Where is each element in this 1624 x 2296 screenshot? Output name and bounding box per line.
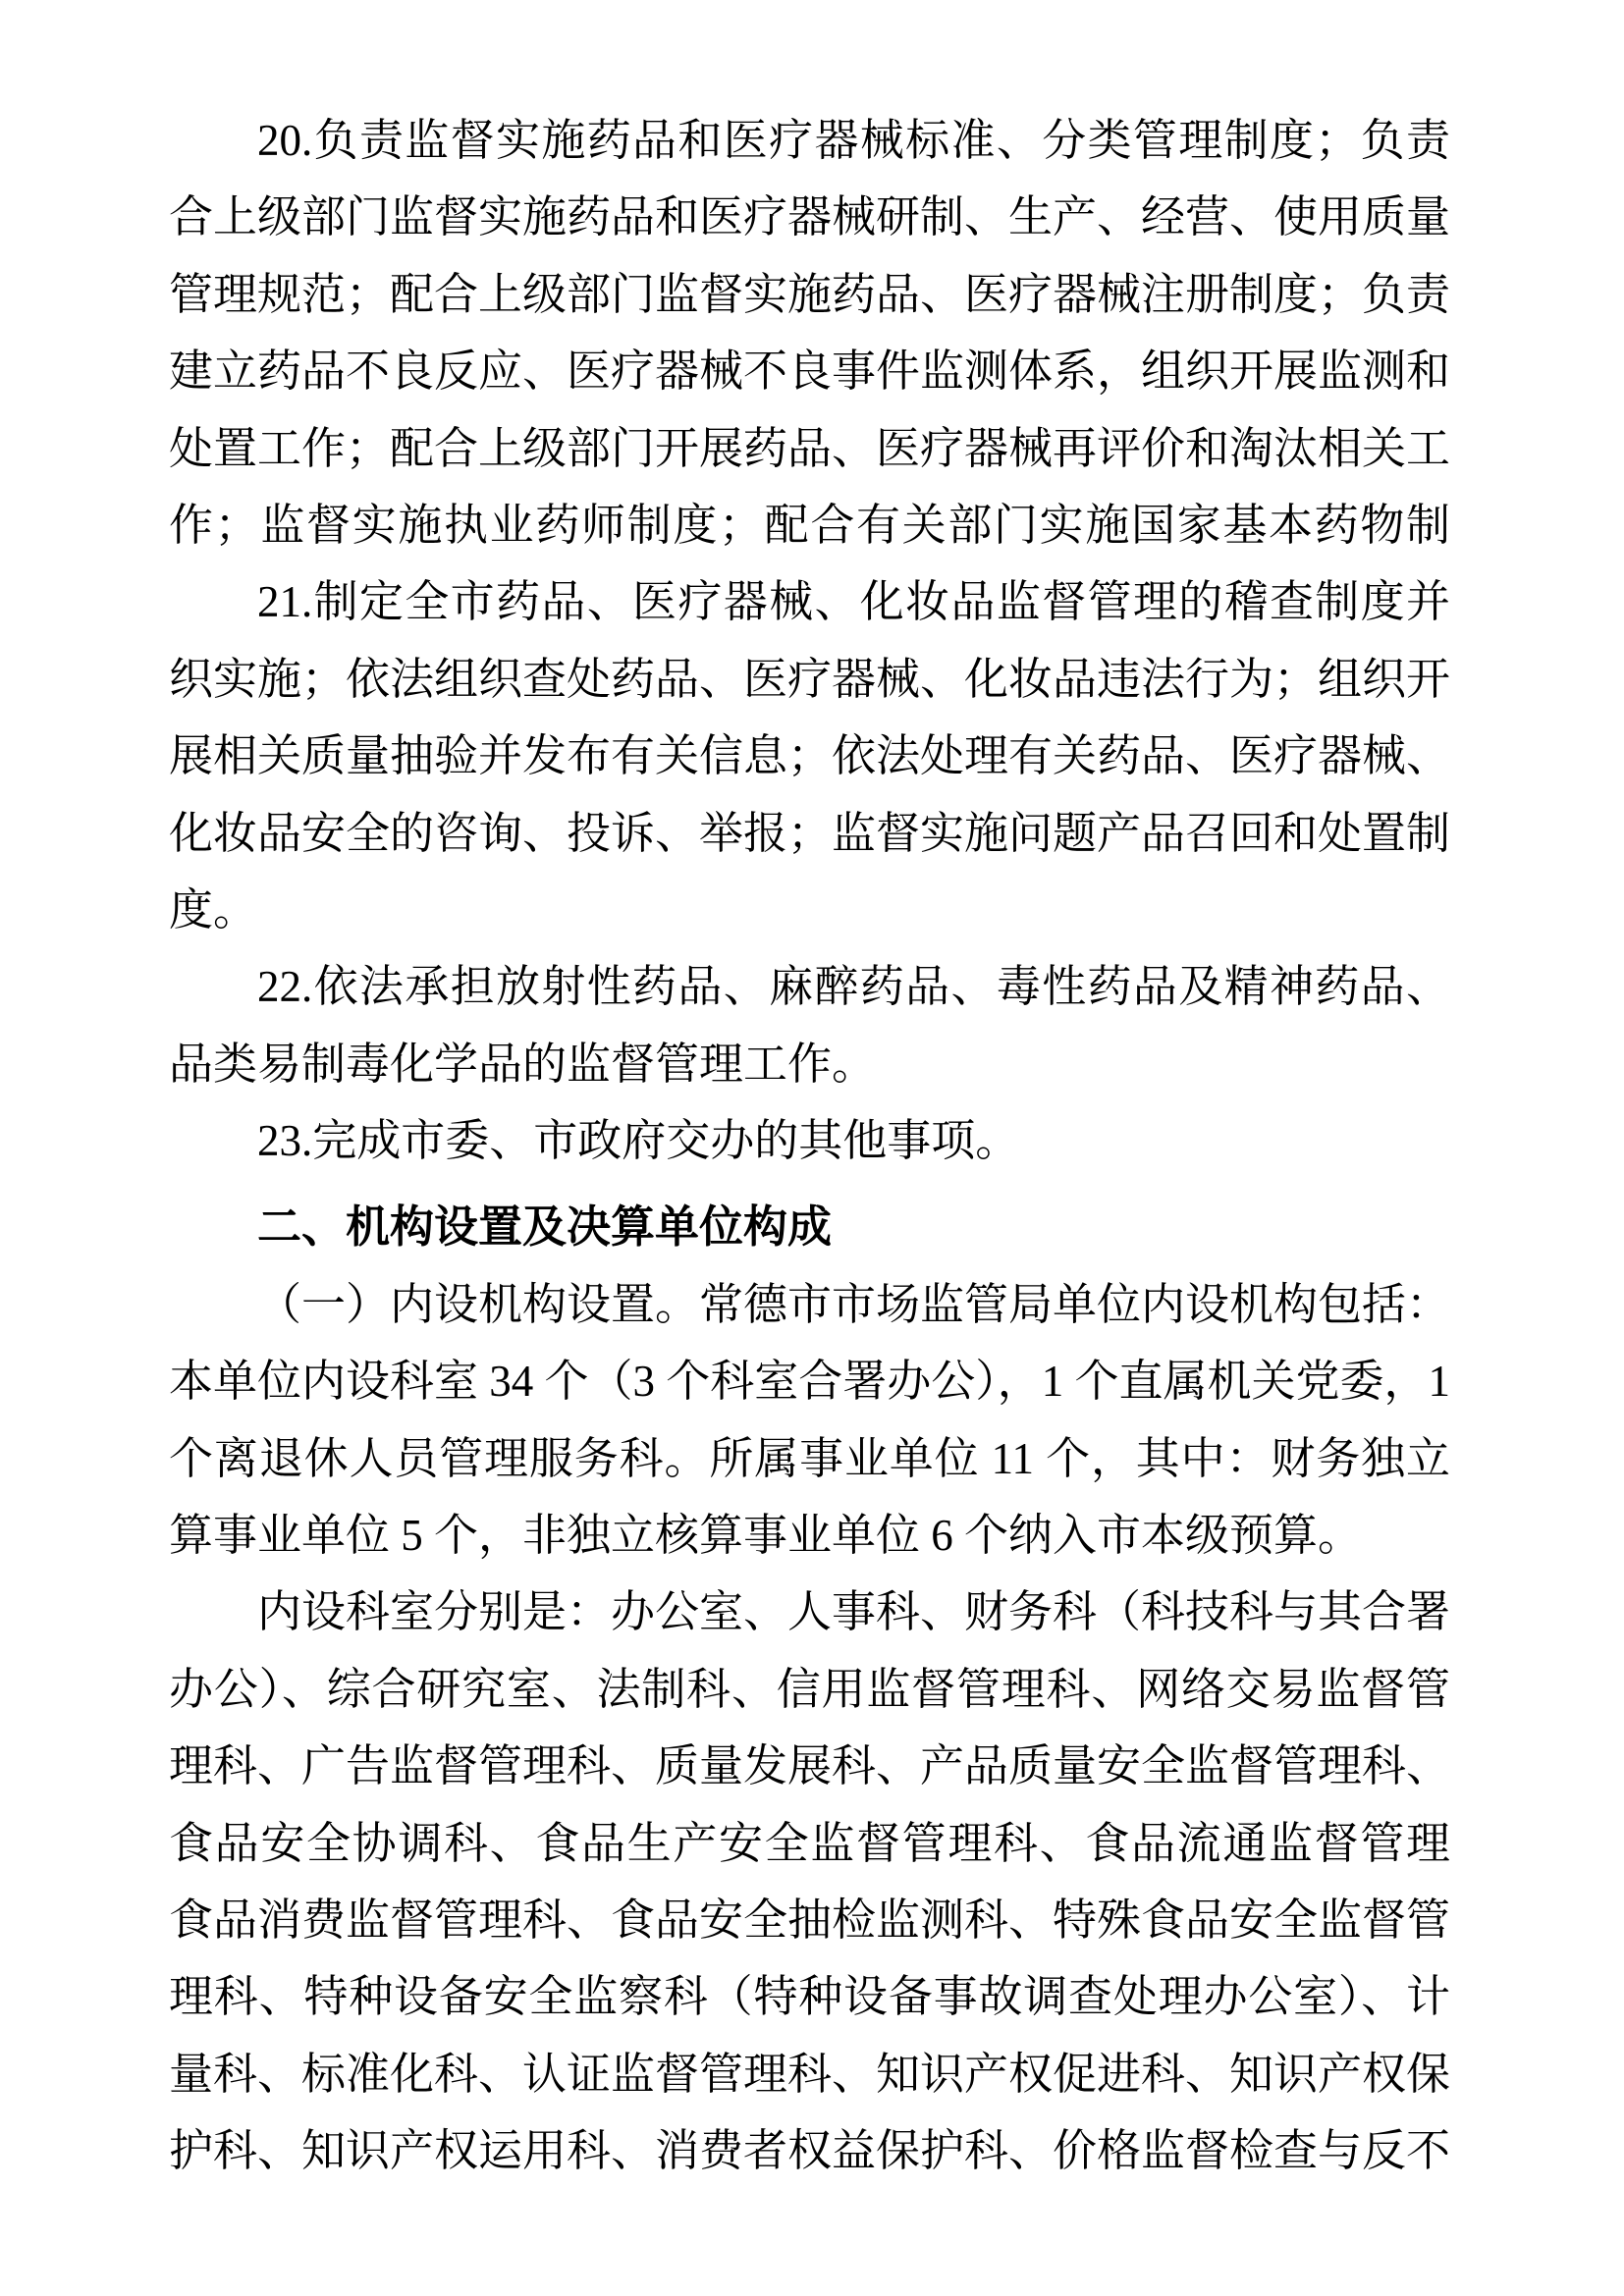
text-line: 量科、标准化科、认证监督管理科、知识产权促进科、知识产权保 <box>169 2036 1450 2112</box>
text-line: 建立药品不良反应、医疗器械不良事件监测体系，组织开展监测和 <box>169 333 1450 409</box>
paragraph-org-setup: （一）内设机构设置。常德市市场监管局单位内设机构包括： 本单位内设科室 34 个… <box>169 1266 1450 1575</box>
section-heading: 二、机构设置及决算单位构成 <box>169 1189 1450 1265</box>
paragraph-dept-list: 内设科室分别是：办公室、人事科、财务科（科技科与其合署 办公）、综合研究室、法制… <box>169 1574 1450 2189</box>
paragraph-20: 20.负责监督实施药品和医疗器械标准、分类管理制度；负责配 合上级部门监督实施药… <box>169 102 1450 563</box>
text-line: 作；监督实施执业药师制度；配合有关部门实施国家基本药物制度。 <box>169 487 1450 563</box>
text-line: 22.依法承担放射性药品、麻醉药品、毒性药品及精神药品、药 <box>169 948 1450 1025</box>
paragraph-21: 21.制定全市药品、医疗器械、化妆品监督管理的稽查制度并组 织实施；依法组织查处… <box>169 563 1450 948</box>
text-line: （一）内设机构设置。常德市市场监管局单位内设机构包括： <box>169 1266 1450 1343</box>
text-line: 20.负责监督实施药品和医疗器械标准、分类管理制度；负责配 <box>169 102 1450 179</box>
text-line: 23.完成市委、市政府交办的其他事项。 <box>169 1102 1450 1179</box>
text-line: 21.制定全市药品、医疗器械、化妆品监督管理的稽查制度并组 <box>169 563 1450 640</box>
section-heading-text: 二、机构设置及决算单位构成 <box>169 1189 1450 1265</box>
text-line: 本单位内设科室 34 个（3 个科室合署办公），1 个直属机关党委，1 <box>169 1343 1450 1419</box>
text-line: 品类易制毒化学品的监督管理工作。 <box>169 1026 1450 1102</box>
text-line: 护科、知识产权运用科、消费者权益保护科、价格监督检查与反不 <box>169 2112 1450 2189</box>
text-line: 理科、特种设备安全监察科（特种设备事故调查处理办公室）、计 <box>169 1958 1450 2035</box>
text-line: 个离退休人员管理服务科。所属事业单位 11 个，其中：财务独立核 <box>169 1420 1450 1497</box>
text-line: 管理规范；配合上级部门监督实施药品、医疗器械注册制度；负责 <box>169 256 1450 333</box>
text-line: 理科、广告监督管理科、质量发展科、产品质量安全监督管理科、 <box>169 1728 1450 1804</box>
text-line: 织实施；依法组织查处药品、医疗器械、化妆品违法行为；组织开 <box>169 641 1450 718</box>
text-line: 内设科室分别是：办公室、人事科、财务科（科技科与其合署 <box>169 1574 1450 1650</box>
document-page: 20.负责监督实施药品和医疗器械标准、分类管理制度；负责配 合上级部门监督实施药… <box>0 0 1624 2296</box>
text-line: 食品消费监督管理科、食品安全抽检监测科、特殊食品安全监督管 <box>169 1882 1450 1958</box>
text-line: 化妆品安全的咨询、投诉、举报；监督实施问题产品召回和处置制 <box>169 795 1450 872</box>
text-line: 处置工作；配合上级部门开展药品、医疗器械再评价和淘汰相关工 <box>169 410 1450 487</box>
text-line: 办公）、综合研究室、法制科、信用监督管理科、网络交易监督管 <box>169 1651 1450 1728</box>
text-line: 食品安全协调科、食品生产安全监督管理科、食品流通监督管理科、 <box>169 1805 1450 1882</box>
paragraph-23: 23.完成市委、市政府交办的其他事项。 <box>169 1102 1450 1179</box>
paragraph-22: 22.依法承担放射性药品、麻醉药品、毒性药品及精神药品、药 品类易制毒化学品的监… <box>169 948 1450 1102</box>
text-line: 展相关质量抽验并发布有关信息；依法处理有关药品、医疗器械、 <box>169 718 1450 794</box>
text-line: 合上级部门监督实施药品和医疗器械研制、生产、经营、使用质量 <box>169 179 1450 255</box>
text-line: 度。 <box>169 872 1450 948</box>
text-line: 算事业单位 5 个，非独立核算事业单位 6 个纳入市本级预算。 <box>169 1497 1450 1574</box>
